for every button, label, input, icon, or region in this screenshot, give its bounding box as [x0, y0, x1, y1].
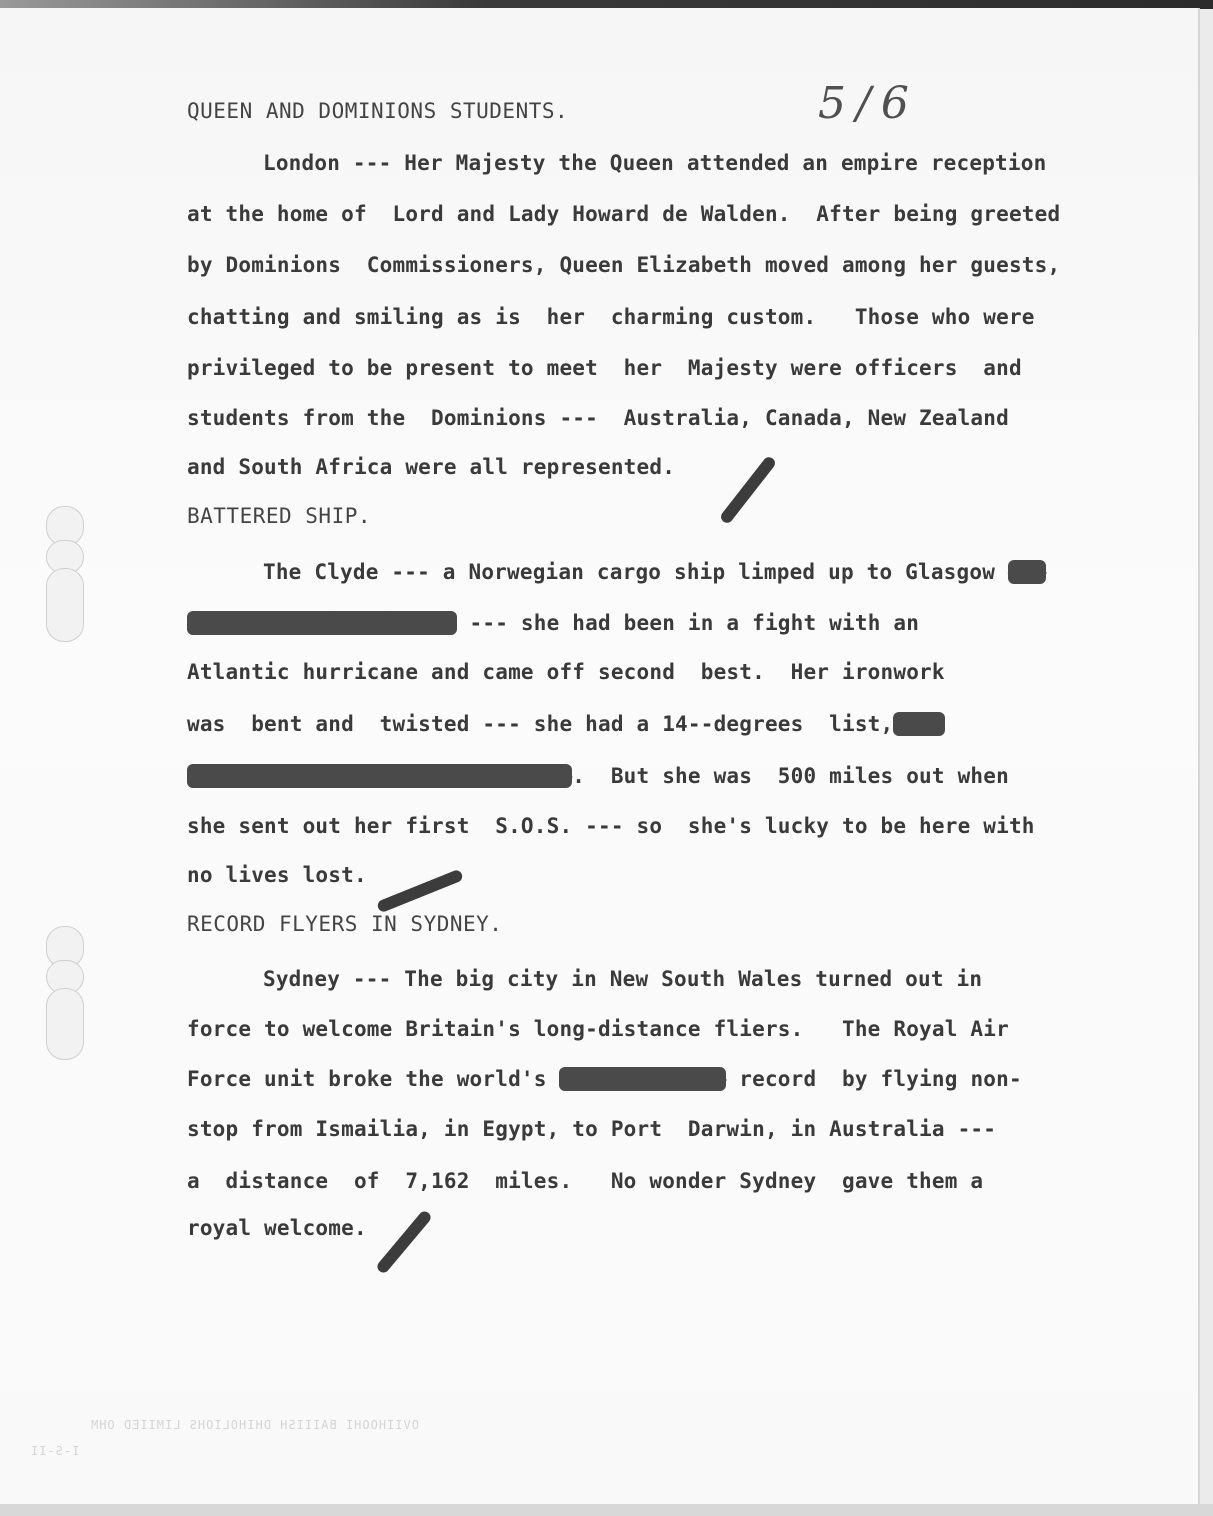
story-line: Sydney --- The big city in New South Wal… — [263, 966, 982, 992]
story-heading-record-flyers: RECORD FLYERS IN SYDNEY. — [187, 911, 502, 937]
end-of-story-mark — [719, 455, 778, 525]
story-line: London --- Her Majesty the Queen attende… — [263, 150, 1046, 176]
bleed-through-text: OVIIHOOHI BAIIISH DHIHOLIOHS LIMIIED OHM — [90, 1418, 419, 1432]
typed-page: 5/6 QUEEN AND DOMINIONS STUDENTS. London… — [0, 8, 1200, 1508]
struck-text: with the help of tugs — [187, 611, 457, 635]
punch-hole — [46, 988, 84, 1060]
story-heading-queen: QUEEN AND DOMINIONS STUDENTS. — [187, 98, 568, 124]
scanner-edge-bottom — [0, 1504, 1213, 1516]
story-line: force to welcome Britain's long-distance… — [187, 1016, 1009, 1042]
struck-text: long-distance — [559, 1067, 726, 1091]
story-line: at the home of Lord and Lady Howard de W… — [187, 201, 1060, 227]
story-line: students from the Dominions --- Australi… — [187, 405, 1009, 431]
story-line: stop from Ismailia, in Egypt, to Port Da… — [187, 1116, 996, 1142]
story-line: with the help of tugs --- she had been i… — [187, 610, 919, 636]
story-heading-battered-ship: BATTERED SHIP. — [187, 503, 371, 529]
story-line: by Dominions Commissioners, Queen Elizab… — [187, 252, 1060, 278]
end-of-story-mark — [375, 1209, 433, 1275]
story-line: privileged to be present to meet her Maj… — [187, 355, 1022, 381]
story-line: The Clyde --- a Norwegian cargo ship lim… — [263, 559, 1046, 585]
end-of-story-mark — [376, 869, 464, 914]
story-line: royal welcome. — [187, 1215, 367, 1241]
story-line: she sent out her first S.O.S. --- so she… — [187, 813, 1035, 839]
punch-hole — [46, 568, 84, 642]
story-line: Force unit broke the world's long-distan… — [187, 1066, 1022, 1092]
page-number-annotation: 5/6 — [818, 78, 919, 129]
story-line: was bent and twisted --- she had a 14--d… — [187, 711, 945, 737]
story-line: lifeboat had been carried away. But she … — [187, 763, 1009, 789]
story-line: a distance of 7,162 miles. No wonder Syd… — [187, 1168, 983, 1194]
struck-text: --- — [1008, 560, 1047, 584]
story-line: chatting and smiling as is her charming … — [187, 304, 1035, 330]
struck-text: lifeboat had been carried away — [187, 764, 572, 788]
story-line: no lives lost. — [187, 862, 367, 888]
story-line: Atlantic hurricane and came off second b… — [187, 659, 945, 685]
struck-text: one — [893, 712, 944, 736]
story-line: and South Africa were all represented. — [187, 454, 675, 480]
bleed-through-text: I-S-II — [30, 1444, 79, 1458]
